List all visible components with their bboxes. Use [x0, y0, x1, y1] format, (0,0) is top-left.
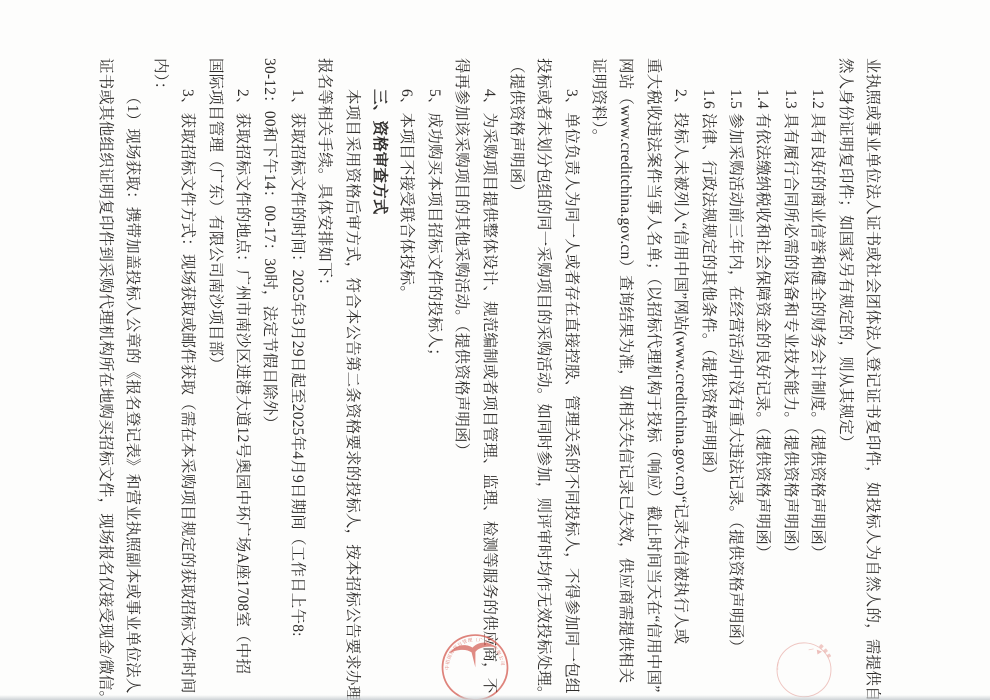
- document-line: 得再参加该采购项目的其他采购活动。（提供资格声明函）: [448, 58, 475, 690]
- document-line: （提供资格声明函）: [503, 58, 530, 690]
- document-line: 报名等相关手续。具体安排如下：: [311, 58, 338, 690]
- document-line: 6、本项目不接受联合体投标。: [393, 58, 420, 690]
- document-line: 30-12：00和下午14：00-17：30时，法定节假日除外）: [256, 58, 283, 690]
- document-line: 5、成功购买本项目招标文件的投标人；: [420, 58, 447, 690]
- document-line: 重大税收违法案件当事人名单；（以招标代理机构于投标（响应）截止时间当天在“信用中…: [639, 58, 666, 690]
- document-line: 1.3 具有履行合同所必需的设备和专业技术能力。（提供资格声明函）: [776, 58, 803, 690]
- document-line: 2、获取招标文件的地点：广州市南沙区进港大道12号奥园中环广场A座1708室（中…: [229, 58, 256, 690]
- document-line: 内）：: [146, 58, 173, 690]
- document-line: （1）现场获取：携带加盖投标人公章的《报名登记表》和营业执照副本或事业单位法人: [119, 58, 146, 690]
- document-line: 网站（www.creditchina.gov.cn）查询结果为准，如相关失信记录…: [612, 58, 639, 690]
- document-line: 4、为采购项目提供整体设计、规范编制或者项目管理、监理、检测等服务的供应商，不: [475, 58, 502, 690]
- document-text-block: 业执照或事业单位法人证书或社会团体法人登记证书复印件，如投标人为自然人的，需提供…: [92, 58, 886, 690]
- document-line: 3、获取招标文件方式：现场获取或邮件获取（需在本采购项目规定的获取招标文件时间: [174, 58, 201, 690]
- document-line: 1.6 法律、行政法规规定的其他条件。（提供资格声明函）: [694, 58, 721, 690]
- scanned-page: 业执照或事业单位法人证书或社会团体法人登记证书复印件，如投标人为自然人的，需提供…: [0, 0, 990, 700]
- document-line: 2、投标人未被列入“信用中国”网站(www.creditchina.gov.cn…: [667, 58, 694, 690]
- document-line: 证书或其他组织证明复印件到采购代理机构所在地购买招标文件，现场报名仅接受现金/微…: [92, 58, 119, 690]
- document-line: 证明资料）。: [585, 58, 612, 690]
- document-line: 3、单位负责人为同一人或者存在直接控股、管理关系的不同投标人，不得参加同一包组: [557, 58, 584, 690]
- document-line: 1.4 有依法缴纳税收和社会保障资金的良好记录。（提供资格声明函）: [749, 58, 776, 690]
- section-heading: 三、资格审查方式: [366, 58, 393, 690]
- document-line: 国际项目管理（广东）有限公司南沙项目部）: [201, 58, 228, 690]
- document-line: 然人身份证明复印件；如国家另有规定的，则从其规定）: [831, 58, 858, 690]
- document-line: 业执照或事业单位法人证书或社会团体法人登记证书复印件，如投标人为自然人的，需提供…: [859, 58, 886, 690]
- scanned-document-viewport: 业执照或事业单位法人证书或社会团体法人登记证书复印件，如投标人为自然人的，需提供…: [0, 0, 990, 700]
- document-line: 1、获取招标文件的时间：2025年3月29日起至2025年4月9日期间（工作日上…: [283, 58, 310, 690]
- document-line: 本项目采用资格后审方式，符合本公告第二条资格要求的投标人，按本招标公告要求办理: [338, 58, 365, 690]
- document-line: 投标或者未划分包组的同一采购项目的采购活动。如同时参加，则评审时均作无效投标处理…: [530, 58, 557, 690]
- scan-edge-shadow: [0, 695, 990, 700]
- document-line: 1.5 参加采购活动前三年内，在经营活动中没有重大违法记录。（提供资格声明函）: [722, 58, 749, 690]
- document-line: 1.2 具有良好的商业信誉和健全的财务会计制度。（提供资格声明函）: [804, 58, 831, 690]
